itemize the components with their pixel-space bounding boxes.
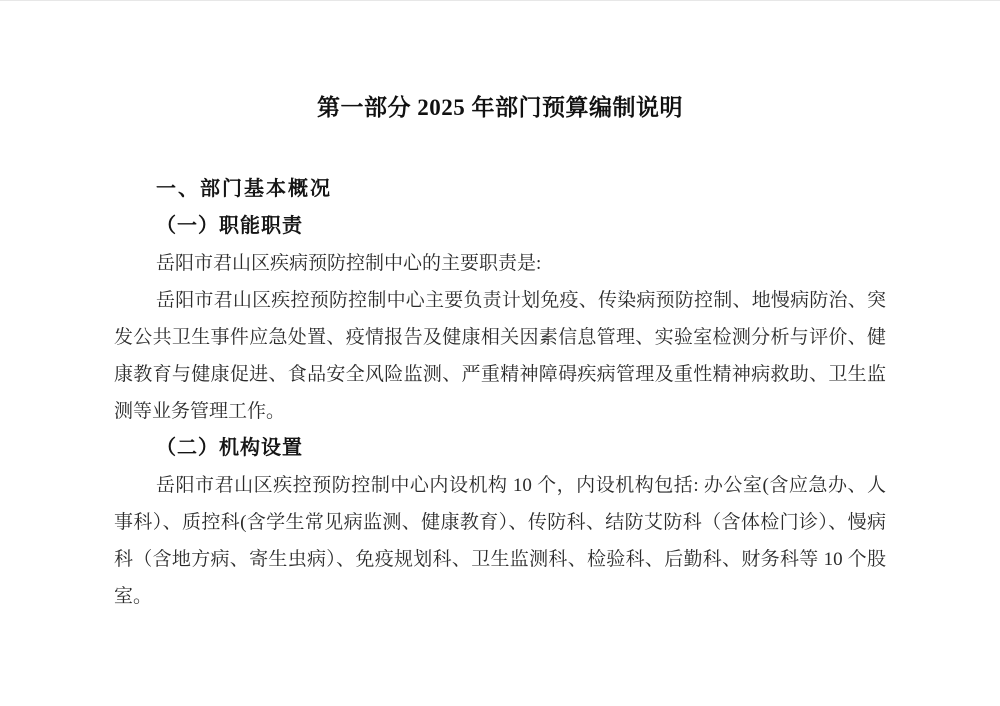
document-title: 第一部分 2025 年部门预算编制说明 xyxy=(114,93,886,123)
organization-paragraph-line-2: 事科）、质控科(含学生常见病监测、健康教育）、传防科、结防艾防科（含体检门诊）、… xyxy=(114,504,886,541)
section-heading: 一、部门基本概况 xyxy=(114,171,886,208)
functions-paragraph-line-2: 发公共卫生事件应急处置、疫情报告及健康相关因素信息管理、实验室检测分析与评价、健 xyxy=(114,319,886,356)
functions-paragraph-line-3: 康教育与健康促进、食品安全风险监测、严重精神障碍疾病管理及重性精神病救助、卫生监 xyxy=(114,356,886,393)
organization-paragraph-line-3: 科（含地方病、寄生虫病）、免疫规划科、卫生监测科、检验科、后勤科、财务科等 10… xyxy=(114,541,886,578)
document-body: 一、部门基本概况 （一）职能职责 岳阳市君山区疾病预防控制中心的主要职责是: 岳… xyxy=(114,171,886,615)
document-page: 第一部分 2025 年部门预算编制说明 一、部门基本概况 （一）职能职责 岳阳市… xyxy=(0,0,1000,706)
subsection-heading-functions: （一）职能职责 xyxy=(114,208,886,245)
subsection-heading-organization: （二）机构设置 xyxy=(114,430,886,467)
functions-paragraph-line-4: 测等业务管理工作。 xyxy=(114,393,886,430)
functions-intro-line: 岳阳市君山区疾病预防控制中心的主要职责是: xyxy=(114,245,886,282)
organization-paragraph-line-1: 岳阳市君山区疾控预防控制中心内设机构 10 个，内设机构包括: 办公室(含应急办… xyxy=(114,467,886,504)
organization-paragraph-line-4: 室。 xyxy=(114,578,886,615)
functions-paragraph-line-1: 岳阳市君山区疾控预防控制中心主要负责计划免疫、传染病预防控制、地慢病防治、突 xyxy=(114,282,886,319)
